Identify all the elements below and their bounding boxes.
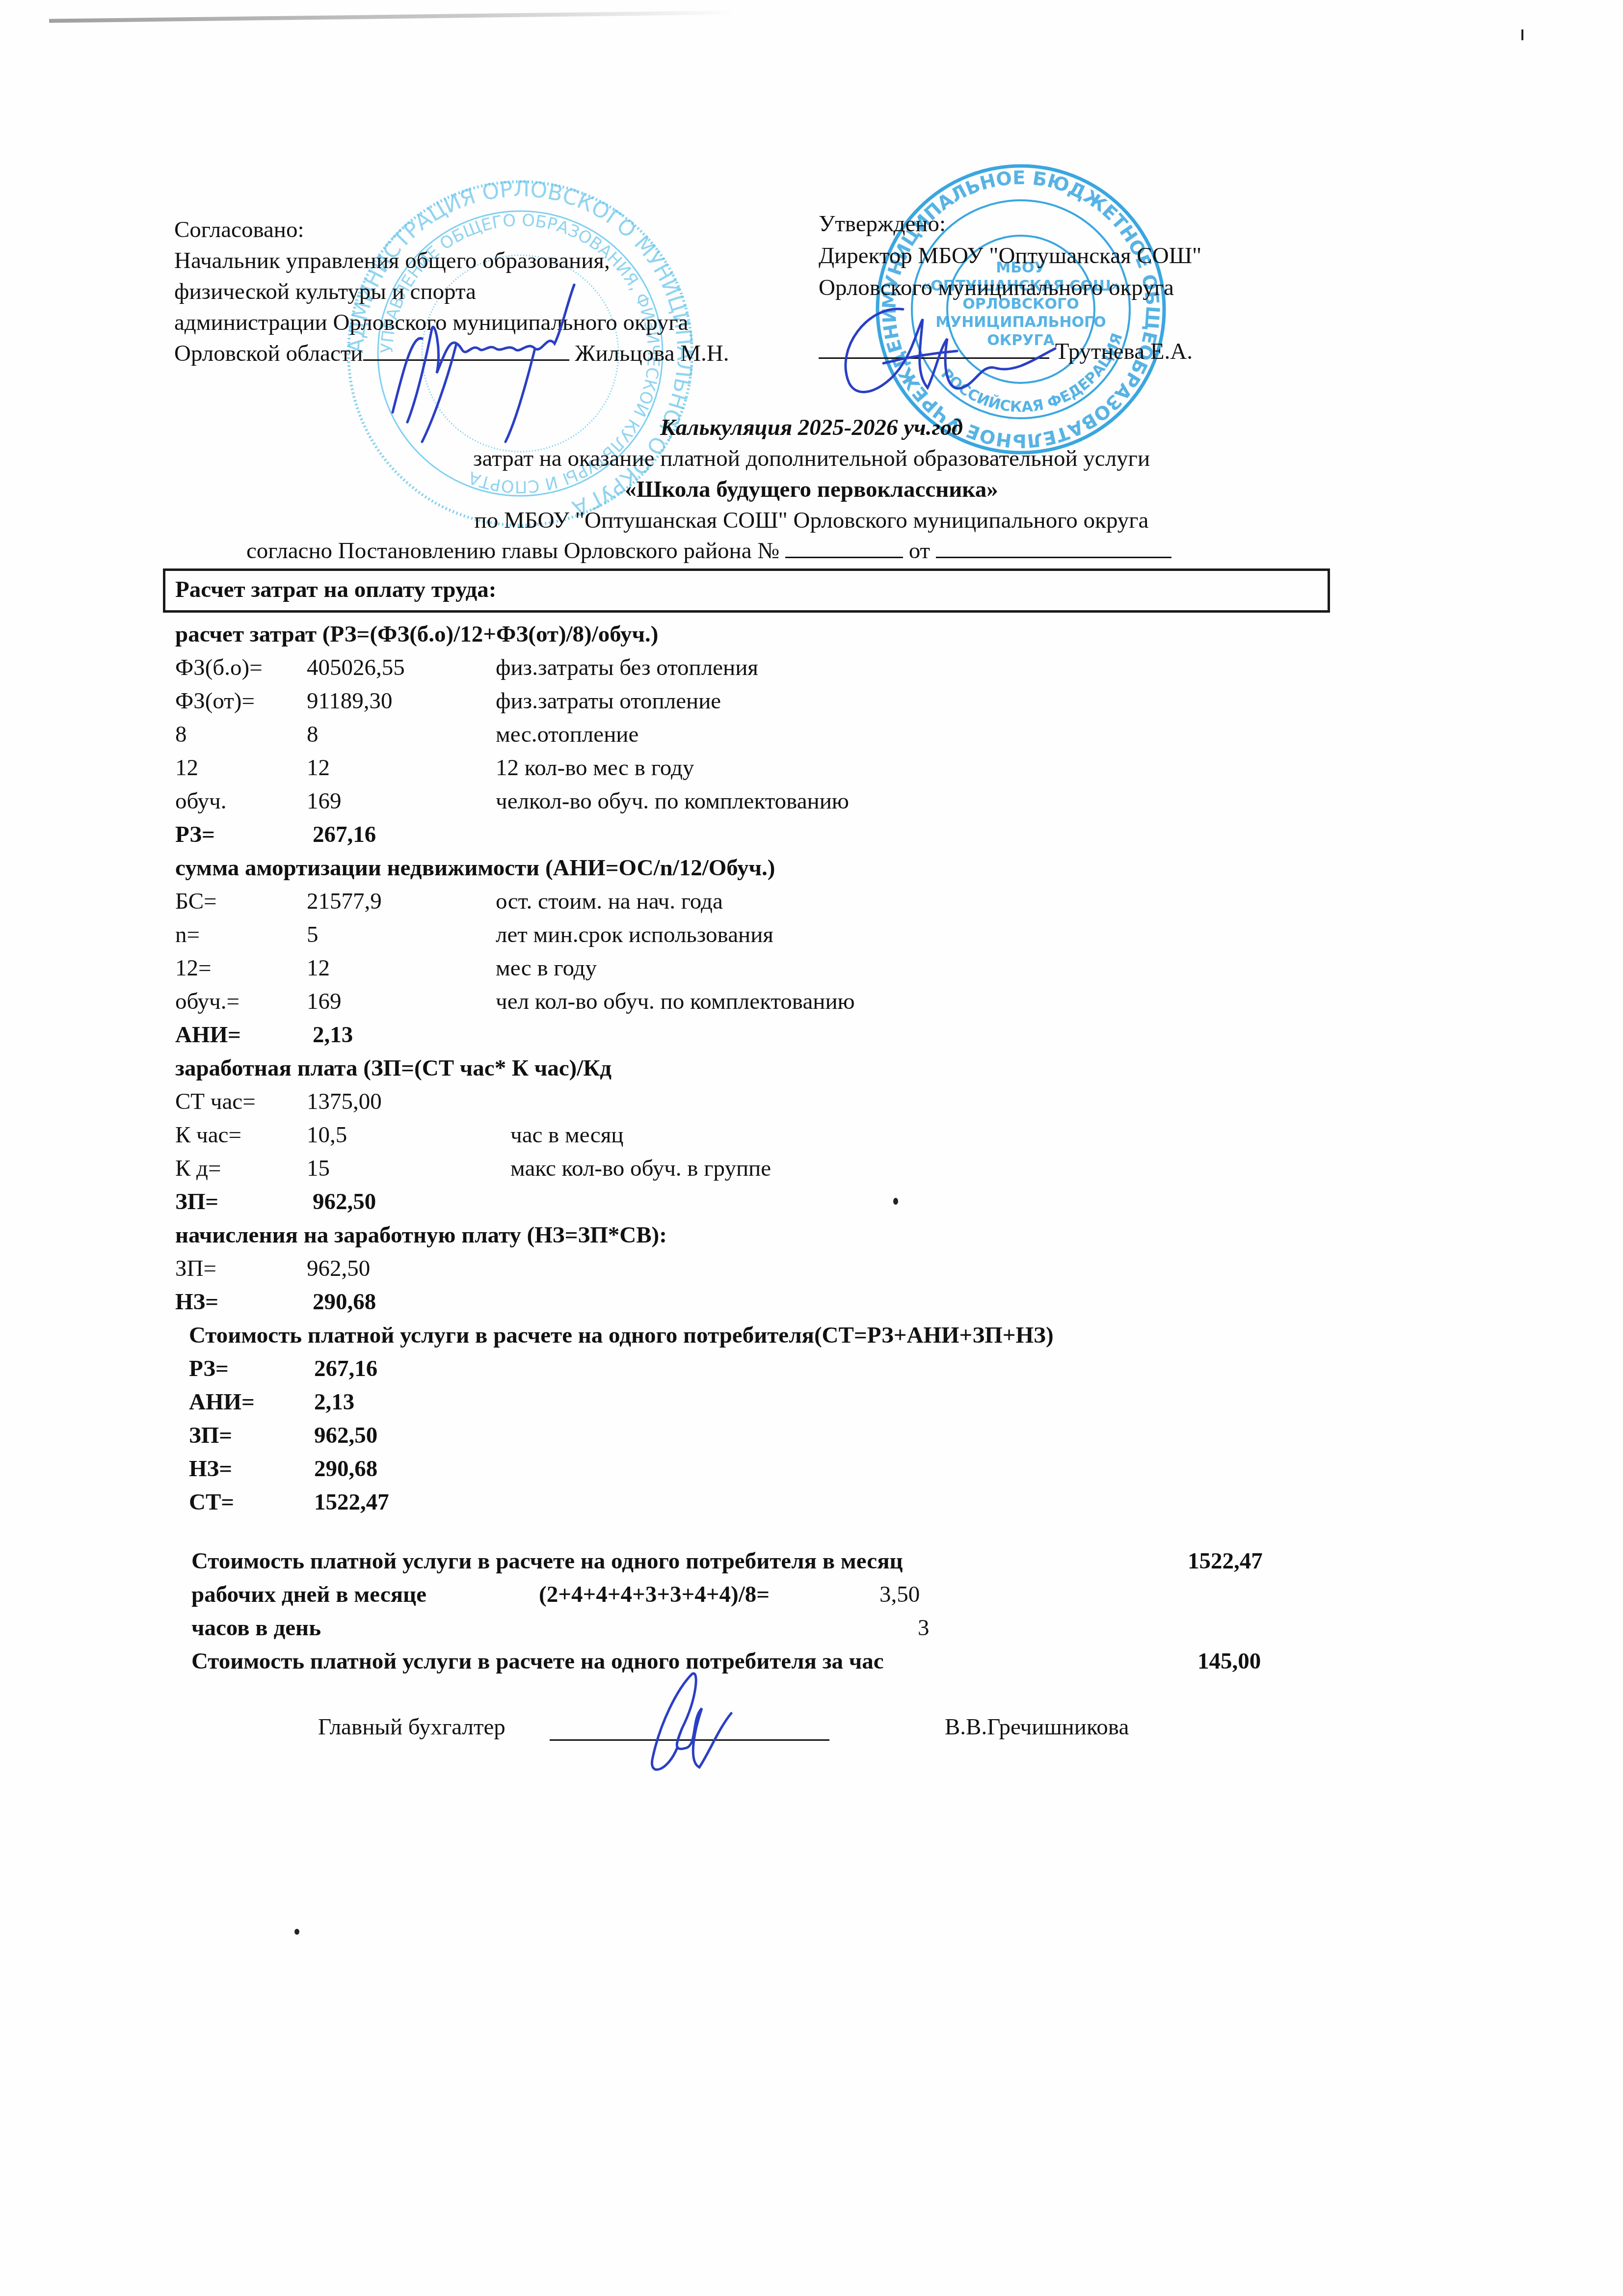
title-line-2: затрат на оказание платной дополнительно… xyxy=(0,445,1623,472)
approval-right-signer: Трутнева Е.А. xyxy=(1055,339,1193,364)
row-value: 10,5 xyxy=(307,1120,347,1150)
scan-speck xyxy=(294,1929,299,1935)
row-label: 12= xyxy=(175,953,212,983)
summary-hourly-label: Стоимость платной услуги в расчете на од… xyxy=(191,1647,884,1676)
approval-left-line: физической культуры и спорта xyxy=(174,278,476,305)
approval-left-title: Согласовано: xyxy=(174,216,304,243)
row-value: 2,13 xyxy=(314,1387,354,1417)
row-description: физ.затраты отопление xyxy=(496,686,721,716)
signature-field-right xyxy=(819,357,1049,359)
footer-signature-field xyxy=(550,1739,829,1741)
footer-role: Главный бухгалтер xyxy=(318,1713,506,1741)
row-value: 169 xyxy=(307,987,342,1016)
scan-mark xyxy=(1521,29,1523,40)
row-label: БС= xyxy=(175,887,217,916)
row-label: К час= xyxy=(175,1120,241,1150)
approval-right-title: Утверждено: xyxy=(819,210,946,238)
row-label: РЗ= xyxy=(189,1354,229,1383)
row-value: 1522,47 xyxy=(314,1487,389,1517)
row-description: макс кол-во обуч. в группе xyxy=(510,1154,771,1183)
signature-footer xyxy=(618,1669,766,1782)
boxed-header: Расчет затрат на оплату труда: xyxy=(163,568,1330,613)
row-description: мес.отопление xyxy=(496,720,639,749)
stamp-right: МУНИЦИПАЛЬНОЕ БЮДЖЕТНОЕ ОБЩЕОБРАЗОВАТЕЛЬ… xyxy=(874,162,1168,457)
approval-left-signature-line: Орловской области Жильцова М.Н. xyxy=(174,340,729,367)
title-line-4: по МБОУ "Оптушанская СОШ" Орловского мун… xyxy=(0,507,1623,534)
row-value: 405026,55 xyxy=(307,653,405,682)
row-value: 962,50 xyxy=(314,1421,377,1450)
row-description: мес в году xyxy=(496,953,597,983)
row-value: 8 xyxy=(307,720,319,749)
boxed-header-text: Расчет затрат на оплату труда: xyxy=(175,576,496,603)
approval-left-line: администрации Орловского муниципального … xyxy=(174,309,688,336)
summary-hourly-value: 145,00 xyxy=(1197,1647,1261,1676)
row-description: ост. стоим. на нач. года xyxy=(496,887,723,916)
service-name: «Школа будущего первоклассника» xyxy=(0,476,1623,503)
summary-workdays-value: 3,50 xyxy=(879,1580,920,1609)
row-label: ФЗ(от)= xyxy=(175,686,255,716)
row-label: ФЗ(б.о)= xyxy=(175,653,263,682)
decree-number-field xyxy=(785,557,903,558)
row-description: чел кол-во обуч. по комплектованию xyxy=(496,987,855,1016)
approval-right-signature-line: Трутнева Е.А. xyxy=(819,338,1193,365)
approval-left-signer: Жильцова М.Н. xyxy=(575,341,729,366)
summary-workdays-label: рабочих дней в месяце xyxy=(191,1580,426,1609)
result-label: АНИ= xyxy=(175,1020,241,1050)
row-label: ЗП= xyxy=(189,1421,232,1450)
row-label: 12 xyxy=(175,753,198,783)
stamp-right-outer-text: МУНИЦИПАЛЬНОЕ БЮДЖЕТНОЕ ОБЩЕОБРАЗОВАТЕЛЬ… xyxy=(874,162,1164,452)
row-value: 15 xyxy=(307,1154,330,1183)
row-label: СТ= xyxy=(189,1487,234,1517)
row-value: 12 xyxy=(307,953,330,983)
row-value: 267,16 xyxy=(314,1354,377,1383)
approval-left-region: Орловской области xyxy=(174,341,363,366)
result-label: ЗП= xyxy=(175,1187,218,1216)
row-label: обуч. xyxy=(175,786,227,816)
stamp-right-center-line: МУНИЦИПАЛЬНОГО xyxy=(935,314,1106,331)
row-label: ЗП= xyxy=(175,1254,216,1283)
row-label: НЗ= xyxy=(189,1454,232,1484)
row-value: 1375,00 xyxy=(307,1087,382,1116)
approval-right-line: Орловского муниципального округа xyxy=(819,274,1174,301)
section-heading-st: Стоимость платной услуги в расчете на од… xyxy=(189,1321,1054,1350)
result-value: 2,13 xyxy=(313,1020,353,1050)
scan-speck xyxy=(893,1198,898,1205)
row-label: СТ час= xyxy=(175,1087,256,1116)
svg-text:МУНИЦИПАЛЬНОЕ БЮДЖЕТНОЕ ОБЩЕОБ: МУНИЦИПАЛЬНОЕ БЮДЖЕТНОЕ ОБЩЕОБРАЗОВАТЕЛЬ… xyxy=(874,162,1164,452)
document-title: Калькуляция 2025-2026 уч.год xyxy=(0,414,1623,441)
row-value: 962,50 xyxy=(307,1254,370,1283)
row-value: 21577,9 xyxy=(307,887,382,916)
signature-field-left xyxy=(363,359,569,361)
section-heading-rz: расчет затрат (РЗ=(ФЗ(б.о)/12+ФЗ(от)/8)/… xyxy=(175,620,658,649)
row-label: n= xyxy=(175,920,200,949)
section-heading-ani: сумма амортизации недвижимости (АНИ=ОС/n… xyxy=(175,853,775,883)
row-label: 8 xyxy=(175,720,187,749)
row-description: челкол-во обуч. по комплектованию xyxy=(496,786,849,816)
row-description: 12 кол-во мес в году xyxy=(496,753,694,783)
row-value: 12 xyxy=(307,753,330,783)
footer-signer: В.В.Гречишникова xyxy=(945,1713,1129,1741)
decree-date-label: от xyxy=(909,538,930,564)
summary-workdays-formula: (2+4+4+4+3+3+4+4)/8= xyxy=(539,1580,770,1609)
result-value: 290,68 xyxy=(313,1287,376,1317)
approval-right-line: Директор МБОУ "Оптушанская СОШ" xyxy=(819,242,1201,270)
summary-hours-label: часов в день xyxy=(191,1613,321,1643)
result-value: 267,16 xyxy=(313,820,376,849)
decree-date-field xyxy=(936,557,1171,558)
row-value: 5 xyxy=(307,920,319,949)
result-label: НЗ= xyxy=(175,1287,218,1317)
summary-monthly-label: Стоимость платной услуги в расчете на од… xyxy=(191,1546,903,1576)
row-label: обуч.= xyxy=(175,987,239,1016)
row-description: физ.затраты без отопления xyxy=(496,653,758,682)
result-value: 962,50 xyxy=(313,1187,376,1216)
decree-line: согласно Постановлению главы Орловского … xyxy=(246,537,1171,565)
section-heading-zp: заработная плата (ЗП=(СТ час* К час)/Кд xyxy=(175,1053,612,1083)
row-value: 91189,30 xyxy=(307,686,393,716)
decree-prefix: согласно Постановлению главы Орловского … xyxy=(246,538,779,564)
row-label: АНИ= xyxy=(189,1387,255,1417)
section-heading-nz: начисления на заработную плату (НЗ=ЗП*СВ… xyxy=(175,1220,667,1250)
row-description: час в месяц xyxy=(510,1120,623,1150)
row-value: 169 xyxy=(307,786,342,816)
scan-streak xyxy=(49,10,736,23)
summary-hours-value: 3 xyxy=(918,1613,930,1643)
row-description: лет мин.срок использования xyxy=(496,920,773,949)
result-label: РЗ= xyxy=(175,820,215,849)
row-value: 290,68 xyxy=(314,1454,377,1484)
approval-left-line: Начальник управления общего образования, xyxy=(174,247,610,274)
summary-monthly-value: 1522,47 xyxy=(1188,1546,1263,1576)
row-label: К д= xyxy=(175,1154,221,1183)
